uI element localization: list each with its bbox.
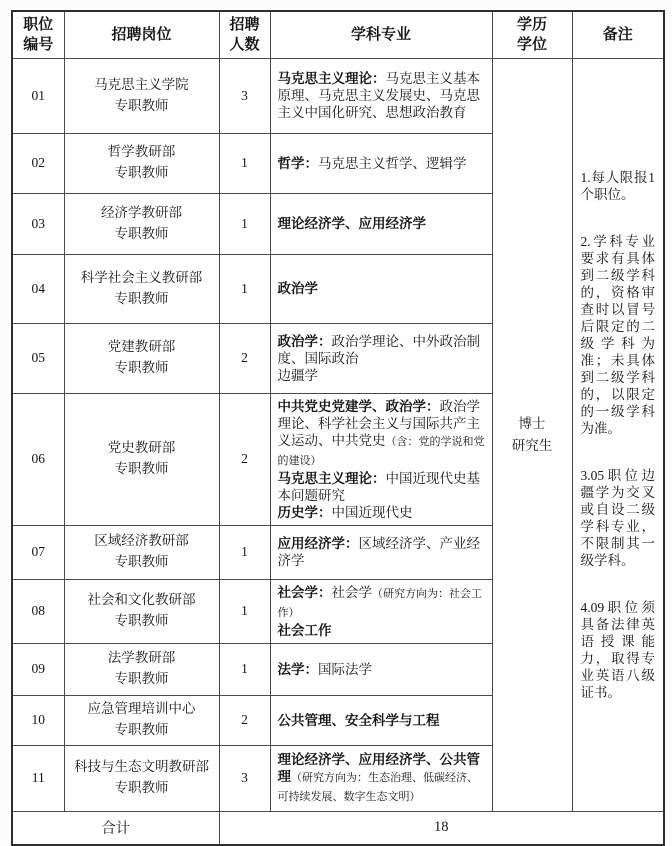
- position-id-cell: 05: [12, 323, 64, 393]
- position-id-cell: 01: [12, 58, 64, 133]
- major-discipline-bold: 理论经济学、应用经济学: [278, 216, 427, 231]
- majors-cell: 公共管理、安全科学与工程: [270, 695, 492, 745]
- table-body: 01马克思主义学院 专职教师3马克思主义理论：马克思主义基本原理、马克思主义发展…: [12, 58, 664, 811]
- major-discipline-bold: 法学：: [278, 662, 319, 677]
- majors-cell: 中共党史党建学、政治学：政治学理论、科学社会主义与国际共产主义运动、中共党史（含…: [270, 393, 492, 525]
- major-discipline-bold: 中共党史党建学、政治学：: [278, 399, 440, 414]
- majors-cell: 社会学：社会学（研究方向为：社会工作）社会工作: [270, 579, 492, 643]
- major-line: 马克思主义理论：马克思主义基本原理、马克思主义发展史、马克思主义中国化研究、思想…: [278, 70, 485, 121]
- position-id-cell: 08: [12, 579, 64, 643]
- header-remarks: 备注: [572, 11, 664, 58]
- position-id-cell: 04: [12, 254, 64, 323]
- major-note-small: （研究方向为：生态治理、低碳经济、可持续发展、数字生态文明）: [278, 772, 479, 803]
- major-detail-text: 边疆学: [278, 368, 319, 383]
- position-id-cell: 03: [12, 193, 64, 254]
- major-detail-text: 中国近现代史: [332, 505, 413, 520]
- recruitment-table: 职位 编号 招聘岗位 招聘 人数 学科专业 学历 学位 备注 01马克思主义学院…: [11, 10, 665, 846]
- header-majors: 学科专业: [270, 11, 492, 58]
- position-id-cell: 10: [12, 695, 64, 745]
- remark-paragraph: 3.05职位边疆学为交叉或自设二级学科专业，不限制其一级学科。: [581, 467, 656, 569]
- position-name-cell: 哲学教研部 专职教师: [64, 133, 219, 193]
- position-name-cell: 应急管理培训中心 专职教师: [64, 695, 219, 745]
- headcount-cell: 1: [219, 254, 270, 323]
- major-discipline-bold: 马克思主义理论：: [278, 71, 386, 86]
- remark-paragraph: 1.每人限报1个职位。: [581, 169, 656, 203]
- headcount-cell: 1: [219, 193, 270, 254]
- total-value: 18: [219, 811, 664, 845]
- header-row: 职位 编号 招聘岗位 招聘 人数 学科专业 学历 学位 备注: [12, 11, 664, 58]
- degree-cell: 博士 研究生: [492, 58, 572, 811]
- position-name-cell: 经济学教研部 专职教师: [64, 193, 219, 254]
- headcount-cell: 1: [219, 133, 270, 193]
- majors-cell: 应用经济学：区域经济学、产业经济学: [270, 525, 492, 579]
- header-position-name: 招聘岗位: [64, 11, 219, 58]
- remark-paragraph: 2.学科专业要求有具体到二级学科的，资格审查时以冒号后限定的二级学科为准；未具体…: [581, 233, 656, 437]
- headcount-cell: 2: [219, 393, 270, 525]
- position-name-cell: 科技与生态文明教研部 专职教师: [64, 745, 219, 811]
- header-degree: 学历 学位: [492, 11, 572, 58]
- total-row: 合计 18: [12, 811, 664, 845]
- headcount-cell: 3: [219, 58, 270, 133]
- major-line: 历史学：中国近现代史: [278, 504, 485, 521]
- header-position-id: 职位 编号: [12, 11, 64, 58]
- headcount-cell: 1: [219, 643, 270, 695]
- major-discipline-bold: 政治学: [278, 281, 319, 296]
- position-id-cell: 06: [12, 393, 64, 525]
- major-line: 社会工作: [278, 622, 485, 639]
- major-discipline-bold: 马克思主义理论：: [278, 471, 386, 486]
- major-line: 边疆学: [278, 367, 485, 384]
- majors-cell: 政治学: [270, 254, 492, 323]
- headcount-cell: 3: [219, 745, 270, 811]
- headcount-cell: 1: [219, 579, 270, 643]
- major-line: 中共党史党建学、政治学：政治学理论、科学社会主义与国际共产主义运动、中共党史（含…: [278, 398, 485, 470]
- majors-cell: 法学：国际法学: [270, 643, 492, 695]
- majors-cell: 理论经济学、应用经济学: [270, 193, 492, 254]
- position-name-cell: 区域经济教研部 专职教师: [64, 525, 219, 579]
- headcount-cell: 2: [219, 695, 270, 745]
- position-name-cell: 马克思主义学院 专职教师: [64, 58, 219, 133]
- position-id-cell: 09: [12, 643, 64, 695]
- major-line: 理论经济学、应用经济学: [278, 215, 485, 232]
- majors-cell: 理论经济学、应用经济学、公共管理（研究方向为：生态治理、低碳经济、可持续发展、数…: [270, 745, 492, 811]
- total-label: 合计: [12, 811, 219, 845]
- major-line: 政治学: [278, 280, 485, 297]
- headcount-cell: 1: [219, 525, 270, 579]
- position-name-cell: 党建教研部 专职教师: [64, 323, 219, 393]
- major-discipline-bold: 公共管理、安全科学与工程: [278, 713, 440, 728]
- major-detail-text: 社会学: [332, 585, 373, 600]
- major-line: 应用经济学：区域经济学、产业经济学: [278, 535, 485, 569]
- position-name-cell: 党史教研部 专职教师: [64, 393, 219, 525]
- major-line: 政治学：政治学理论、中外政治制度、国际政治: [278, 333, 485, 367]
- position-name-cell: 法学教研部 专职教师: [64, 643, 219, 695]
- major-discipline-bold: 应用经济学：: [278, 536, 359, 551]
- position-name-cell: 社会和文化教研部 专职教师: [64, 579, 219, 643]
- position-id-cell: 11: [12, 745, 64, 811]
- table-row: 01马克思主义学院 专职教师3马克思主义理论：马克思主义基本原理、马克思主义发展…: [12, 58, 664, 133]
- major-discipline-bold: 哲学：: [278, 156, 319, 171]
- majors-cell: 哲学：马克思主义哲学、逻辑学: [270, 133, 492, 193]
- recruitment-table-page: 职位 编号 招聘岗位 招聘 人数 学科专业 学历 学位 备注 01马克思主义学院…: [0, 0, 672, 845]
- major-detail-text: 马克思主义哲学、逻辑学: [318, 156, 467, 171]
- remark-paragraph: 4.09职位须具备法律英语授课能力，取得专业英语八级证书。: [581, 599, 656, 701]
- major-detail-text: 国际法学: [318, 662, 372, 677]
- major-line: 社会学：社会学（研究方向为：社会工作）: [278, 584, 485, 622]
- major-line: 哲学：马克思主义哲学、逻辑学: [278, 155, 485, 172]
- majors-cell: 马克思主义理论：马克思主义基本原理、马克思主义发展史、马克思主义中国化研究、思想…: [270, 58, 492, 133]
- major-line: 理论经济学、应用经济学、公共管理（研究方向为：生态治理、低碳经济、可持续发展、数…: [278, 751, 485, 806]
- remarks-cell: 1.每人限报1个职位。2.学科专业要求有具体到二级学科的，资格审查时以冒号后限定…: [572, 58, 664, 811]
- major-discipline-bold: 社会学：: [278, 585, 332, 600]
- major-discipline-bold: 社会工作: [278, 623, 332, 638]
- position-id-cell: 07: [12, 525, 64, 579]
- major-line: 马克思主义理论：中国近现代史基本问题研究: [278, 470, 485, 504]
- major-line: 公共管理、安全科学与工程: [278, 712, 485, 729]
- majors-cell: 政治学：政治学理论、中外政治制度、国际政治边疆学: [270, 323, 492, 393]
- position-name-cell: 科学社会主义教研部 专职教师: [64, 254, 219, 323]
- position-id-cell: 02: [12, 133, 64, 193]
- major-discipline-bold: 历史学：: [278, 505, 332, 520]
- headcount-cell: 2: [219, 323, 270, 393]
- major-discipline-bold: 政治学：: [278, 334, 332, 349]
- major-line: 法学：国际法学: [278, 661, 485, 678]
- header-headcount: 招聘 人数: [219, 11, 270, 58]
